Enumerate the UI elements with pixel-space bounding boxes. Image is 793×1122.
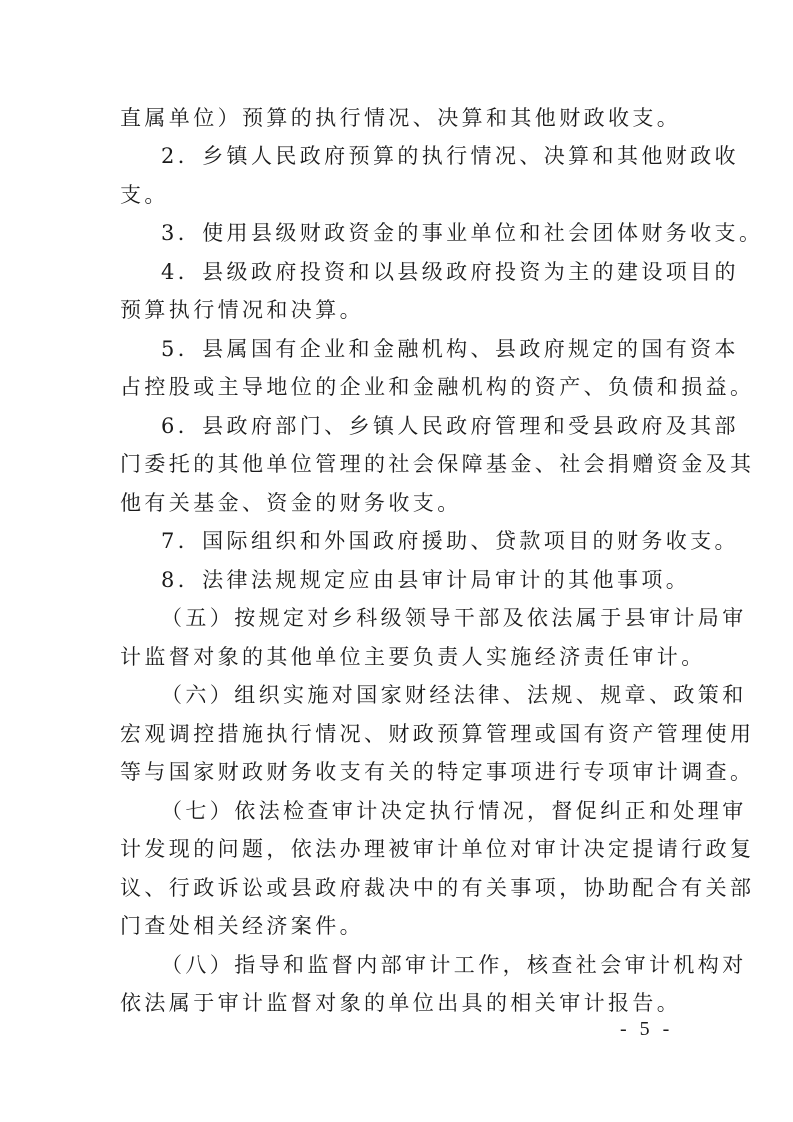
text-line: 他有关基金、资金的财务收支。: [120, 490, 676, 516]
section-6: （六）组织实施对国家财经法律、法规、规章、政策和: [161, 682, 676, 708]
text-line: 计监督对象的其他单位主要负责人实施经济责任审计。: [120, 644, 676, 670]
page-number: - 5 -: [620, 1018, 673, 1041]
section-7: （七）依法检查审计决定执行情况，督促纠正和处理审: [161, 798, 676, 824]
text-line: 门查处相关经济案件。: [120, 913, 676, 939]
list-item-7: 7．国际组织和外国政府援助、贷款项目的财务收支。: [161, 528, 676, 554]
list-item-3: 3．使用县级财政资金的事业单位和社会团体财务收支。: [161, 220, 676, 246]
text-line: 占控股或主导地位的企业和金融机构的资产、负债和损益。: [120, 374, 676, 400]
text-line: 门委托的其他单位管理的社会保障基金、社会捐赠资金及其: [120, 451, 676, 477]
list-item-8: 8．法律法规规定应由县审计局审计的其他事项。: [161, 567, 676, 593]
text-line: 支。: [120, 182, 676, 208]
text-line: 预算执行情况和决算。: [120, 297, 676, 323]
text-line: 直属单位）预算的执行情况、决算和其他财政收支。: [120, 105, 676, 131]
section-5: （五）按规定对乡科级领导干部及依法属于县审计局审: [161, 605, 676, 631]
text-line: 计发现的问题，依法办理被审计单位对审计决定提请行政复: [120, 836, 676, 862]
text-line: 依法属于审计监督对象的单位出具的相关审计报告。: [120, 990, 676, 1016]
list-item-5: 5．县属国有企业和金融机构、县政府规定的国有资本: [161, 336, 676, 362]
list-item-4: 4．县级政府投资和以县级政府投资为主的建设项目的: [161, 259, 676, 285]
list-item-2: 2．乡镇人民政府预算的执行情况、决算和其他财政收: [161, 143, 676, 169]
text-line: 议、行政诉讼或县政府裁决中的有关事项，协助配合有关部: [120, 875, 676, 901]
list-item-6: 6．县政府部门、乡镇人民政府管理和受县政府及其部: [161, 413, 676, 439]
document-page: 直属单位）预算的执行情况、决算和其他财政收支。 2．乡镇人民政府预算的执行情况、…: [0, 0, 793, 1122]
section-8: （八）指导和监督内部审计工作，核查社会审计机构对: [161, 952, 676, 978]
text-line: 等与国家财政财务收支有关的特定事项进行专项审计调查。: [120, 759, 676, 785]
text-line: 宏观调控措施执行情况、财政预算管理或国有资产管理使用: [120, 721, 676, 747]
